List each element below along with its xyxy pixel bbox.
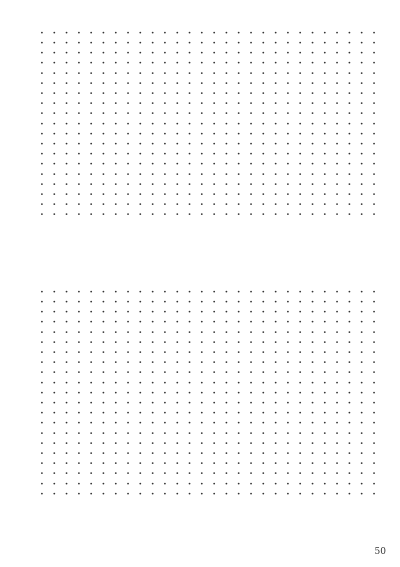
text-column: ・・・・・・・・・・・・・・・・・・・・・ [107, 287, 119, 543]
text-column: ・・・・・・・・・・・・・・・・・・・ [120, 28, 132, 266]
text-column: ・・・・・・・・・・・・・・・・・・・・・ [280, 287, 292, 543]
text-column: ・・・・・・・・・・・・・・・・・・・・・ [206, 287, 218, 543]
text-column: ・・・・・・・・・・・・・・・・・・・ [218, 28, 230, 266]
text-column: ・・・・・・・・・・・・・・・・・・・・・ [329, 287, 341, 543]
text-column: ・・・・・・・・・・・・・・・・・・・・・ [120, 287, 132, 543]
text-column: ・・・・・・・・・・・・・・・・・・・ [58, 28, 70, 266]
text-column: ・・・・・・・・・・・・・・・・・・・ [83, 28, 95, 266]
text-column: ・・・・・・・・・・・・・・・・・・・ [132, 28, 144, 266]
text-column: ・・・・・・・・・・・・・・・・・・・ [341, 28, 353, 266]
text-column: ・・・・・・・・・・・・・・・・・・・ [366, 28, 378, 266]
text-tier-top: ・・・・・・・・・・・・・・・・・・・・・・・・・・・・・・・・・・・・・・・・… [22, 28, 378, 266]
text-column: ・・・・・・・・・・・・・・・・・・・・・ [317, 287, 329, 543]
text-column: ・・・・・・・・・・・・・・・・・・・・・ [353, 287, 365, 543]
text-column: ・・・・・・・・・・・・・・・・・・・・・ [243, 287, 255, 543]
text-column: ・・・・・・・・・・・・・・・・・・・・・ [34, 287, 46, 543]
text-column: ・・・・・・・・・・・・・・・・・・・・・ [181, 287, 193, 543]
text-column: ・・・・・・・・・・・・・・・・・・・ [317, 28, 329, 266]
text-column: ・・・・・・・・・・・・・・・・・・・ [292, 28, 304, 266]
text-column: ・・・・・・・・・・・・・・・・・・・・・ [218, 287, 230, 543]
text-column: ・・・・・・・・・・・・・・・・・・・ [194, 28, 206, 266]
text-column: ・・・・・・・・・・・・・・・・・・・ [267, 28, 279, 266]
text-column: ・・・・・・・・・・・・・・・・・・・ [255, 28, 267, 266]
text-column: ・・・・・・・・・・・・・・・・・・・・・ [58, 287, 70, 543]
text-column: ・・・・・・・・・・・・・・・・・・・・・ [267, 287, 279, 543]
text-column: ・・・・・・・・・・・・・・・・・・・ [157, 28, 169, 266]
text-column: ・・・・・・・・・・・・・・・・・・・ [230, 28, 242, 266]
text-column: ・・・・・・・・・・・・・・・・・・・・・ [157, 287, 169, 543]
text-column: ・・・・・・・・・・・・・・・・・・・・・ [366, 287, 378, 543]
text-column: ・・・・・・・・・・・・・・・・・・・・・ [132, 287, 144, 543]
text-column: ・・・・・・・・・・・・・・・・・・・ [304, 28, 316, 266]
text-column: ・・・・・・・・・・・・・・・・・・・ [107, 28, 119, 266]
text-column: ・・・・・・・・・・・・・・・・・・・・・ [292, 287, 304, 543]
text-column: ・・・・・・・・・・・・・・・・・・・ [206, 28, 218, 266]
text-column: ・・・・・・・・・・・・・・・・・・・・・ [95, 287, 107, 543]
text-column: ・・・・・・・・・・・・・・・・・・・・・ [83, 287, 95, 543]
text-column: ・・・・・・・・・・・・・・・・・・・・・ [255, 287, 267, 543]
text-column: ・・・・・・・・・・・・・・・・・・・・・ [230, 287, 242, 543]
text-column: ・・・・・・・・・・・・・・・・・・・・・ [304, 287, 316, 543]
text-column: ・・・・・・・・・・・・・・・・・・・・・ [194, 287, 206, 543]
text-column: ・・・・・・・・・・・・・・・・・・・・・ [341, 287, 353, 543]
text-column: ・・・・・・・・・・・・・・・・・・・ [144, 28, 156, 266]
text-column: ・・・・・・・・・・・・・・・・・・・ [71, 28, 83, 266]
text-column: ・・・・・・・・・・・・・・・・・・・ [243, 28, 255, 266]
text-column: ・・・・・・・・・・・・・・・・・・・・・ [46, 287, 58, 543]
page-number: 50 [375, 547, 386, 557]
text-tier-bottom: ・・・・・・・・・・・・・・・・・・・・・・・・・・・・・・・・・・・・・・・・… [22, 287, 378, 543]
text-column: ・・・・・・・・・・・・・・・・・・・ [95, 28, 107, 266]
text-column: ・・・・・・・・・・・・・・・・・・・ [280, 28, 292, 266]
text-column: ・・・・・・・・・・・・・・・・・・・ [34, 28, 46, 266]
text-column: ・・・・・・・・・・・・・・・・・・・・・ [144, 287, 156, 543]
text-column: ・・・・・・・・・・・・・・・・・・・ [181, 28, 193, 266]
text-column: ・・・・・・・・・・・・・・・・・・・・・ [71, 287, 83, 543]
text-column: ・・・・・・・・・・・・・・・・・・・ [169, 28, 181, 266]
text-column: ・・・・・・・・・・・・・・・・・・・・・ [169, 287, 181, 543]
text-column: ・・・・・・・・・・・・・・・・・・・ [353, 28, 365, 266]
text-column: ・・・・・・・・・・・・・・・・・・・ [329, 28, 341, 266]
text-column: ・・・・・・・・・・・・・・・・・・・ [46, 28, 58, 266]
